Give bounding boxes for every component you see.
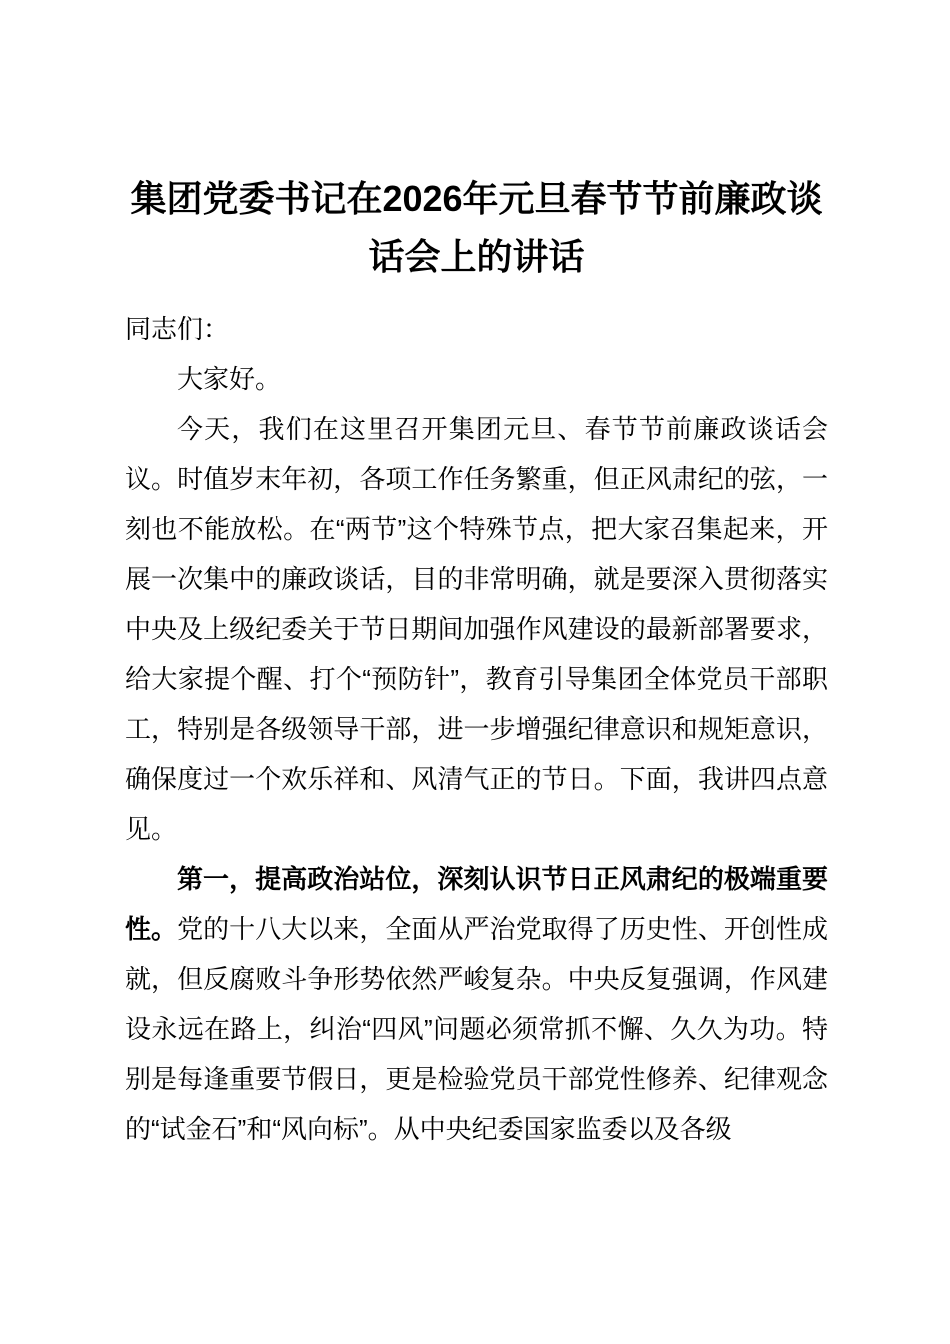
- salutation: 同志们：: [125, 304, 828, 354]
- paragraph-intro: 今天，我们在这里召开集团元旦、春节节前廉政谈话会议。时值岁末年初，各项工作任务繁…: [125, 404, 828, 854]
- document-body: 同志们： 大家好。 今天，我们在这里召开集团元旦、春节节前廉政谈话会议。时值岁末…: [125, 304, 828, 1154]
- point-one-body-text: 党的十八大以来，全面从严治党取得了历史性、开创性成就，但反腐败斗争形势依然严峻复…: [125, 914, 828, 1144]
- paragraph-greeting: 大家好。: [125, 354, 828, 404]
- document-page: 集团党委书记在2026年元旦春节节前廉政谈话会上的讲话 同志们： 大家好。 今天…: [0, 0, 950, 1344]
- document-title: 集团党委书记在2026年元旦春节节前廉政谈话会上的讲话: [125, 170, 828, 286]
- paragraph-point-one: 第一，提高政治站位，深刻认识节日正风肃纪的极端重要性。党的十八大以来，全面从严治…: [125, 854, 828, 1154]
